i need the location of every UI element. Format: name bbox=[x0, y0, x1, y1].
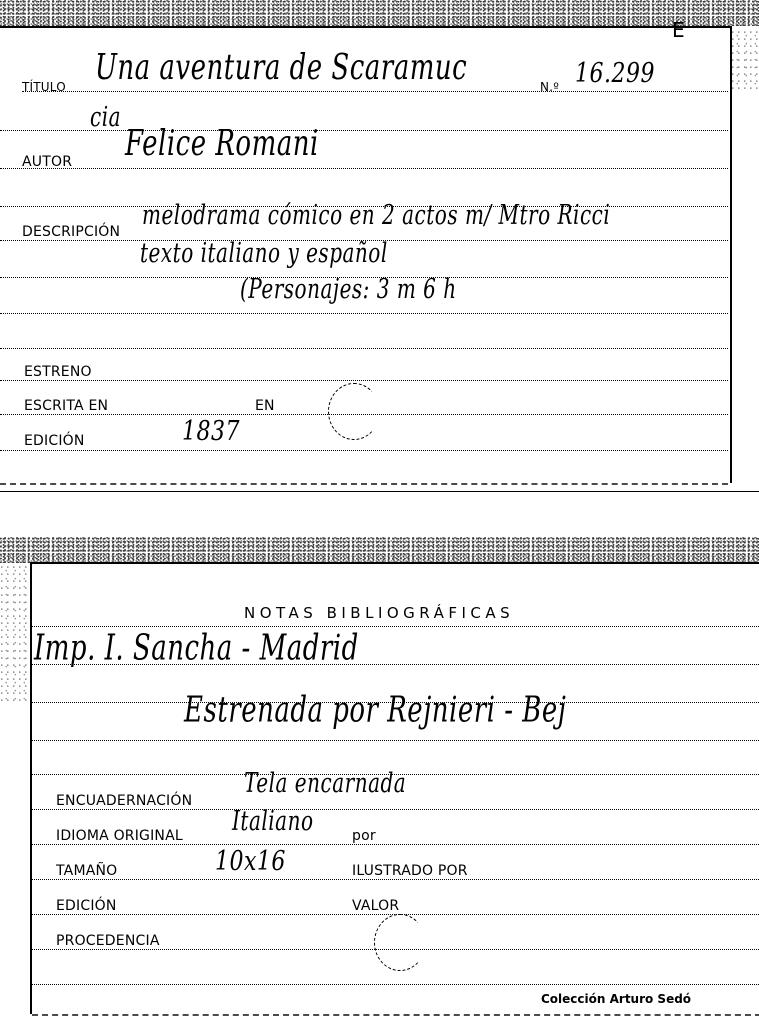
punch-hole-stamp-bottom bbox=[374, 914, 426, 971]
autor-line bbox=[0, 168, 728, 169]
scan-edge-noise-left bbox=[0, 565, 28, 705]
blank-line-2 bbox=[0, 348, 728, 349]
titulo-value-cont: cia bbox=[90, 103, 121, 130]
estreno-line bbox=[0, 380, 728, 381]
edicion-line bbox=[0, 450, 728, 451]
escrita-en-label: ESCRITA EN bbox=[24, 399, 108, 413]
edicion-label: EDICIÓN bbox=[24, 434, 85, 448]
notas-line-4 bbox=[32, 740, 759, 741]
descripcion-label: DESCRIPCIÓN bbox=[22, 225, 120, 239]
descripcion-line-3-rule bbox=[0, 313, 728, 314]
corner-mark: E bbox=[672, 18, 685, 42]
titulo-line bbox=[22, 91, 728, 92]
card-divider bbox=[0, 491, 759, 492]
descripcion-line-3: (Personajes: 3 m 6 h bbox=[240, 275, 457, 302]
encuadernacion-line bbox=[32, 809, 759, 810]
idioma-original-label: IDIOMA ORIGINAL bbox=[56, 829, 183, 843]
procedencia-label: PROCEDENCIA bbox=[56, 934, 160, 948]
numero-label: N.º bbox=[540, 81, 559, 93]
autor-label: AUTOR bbox=[22, 155, 72, 169]
titulo-value: Una aventura de Scaramuc bbox=[95, 51, 467, 86]
estreno-label: ESTRENO bbox=[24, 365, 92, 379]
catalog-card-back: NOTAS BIBLIOGRÁFICAS Imp. I. Sancha - Ma… bbox=[30, 562, 759, 1014]
scan-edge-noise-top bbox=[0, 0, 759, 26]
note-estreno: Estrenada por Rejnieri - Bej bbox=[184, 693, 566, 728]
titulo-label: TÍTULO bbox=[22, 81, 66, 93]
tamano-line bbox=[32, 879, 759, 880]
encuadernacion-label: ENCUADERNACIÓN bbox=[56, 794, 192, 808]
punch-hole-stamp bbox=[328, 383, 380, 440]
edicion-label: EDICIÓN bbox=[56, 899, 117, 913]
scan-edge-noise-middle bbox=[0, 537, 759, 563]
catalog-card-front: TÍTULO Una aventura de Scaramuc N.º 16.2… bbox=[0, 26, 732, 483]
en-label: EN bbox=[255, 399, 275, 413]
notas-heading: NOTAS BIBLIOGRÁFICAS bbox=[244, 604, 514, 622]
idioma-original-value: Italiano bbox=[232, 807, 314, 834]
valor-label: VALOR bbox=[352, 899, 399, 913]
ilustrado-por-label: ILUSTRADO POR bbox=[352, 864, 468, 878]
numero-value: 16.299 bbox=[575, 61, 655, 89]
descripcion-line-2: texto italiano y español bbox=[140, 239, 388, 266]
encuadernacion-value: Tela encarnada bbox=[244, 769, 406, 796]
bottom-line bbox=[32, 984, 759, 985]
tamano-value: 10x16 bbox=[215, 849, 286, 877]
tamano-label: TAMAÑO bbox=[56, 864, 117, 878]
collection-credit: Colección Arturo Sedó bbox=[541, 992, 691, 1006]
por-label: por bbox=[352, 829, 376, 843]
autor-value: Felice Romani bbox=[125, 127, 319, 162]
scan-edge-noise-right bbox=[731, 30, 759, 90]
card-bottom-edge bbox=[0, 483, 728, 485]
notas-line-1 bbox=[32, 626, 759, 627]
note-imprenta: Imp. I. Sancha - Madrid bbox=[34, 631, 359, 666]
card-bottom-edge-2 bbox=[32, 1014, 759, 1016]
descripcion-line-1: melodrama cómico en 2 actos m/ Mtro Ricc… bbox=[142, 201, 610, 228]
idioma-line bbox=[32, 844, 759, 845]
edicion-value: 1837 bbox=[182, 419, 240, 447]
